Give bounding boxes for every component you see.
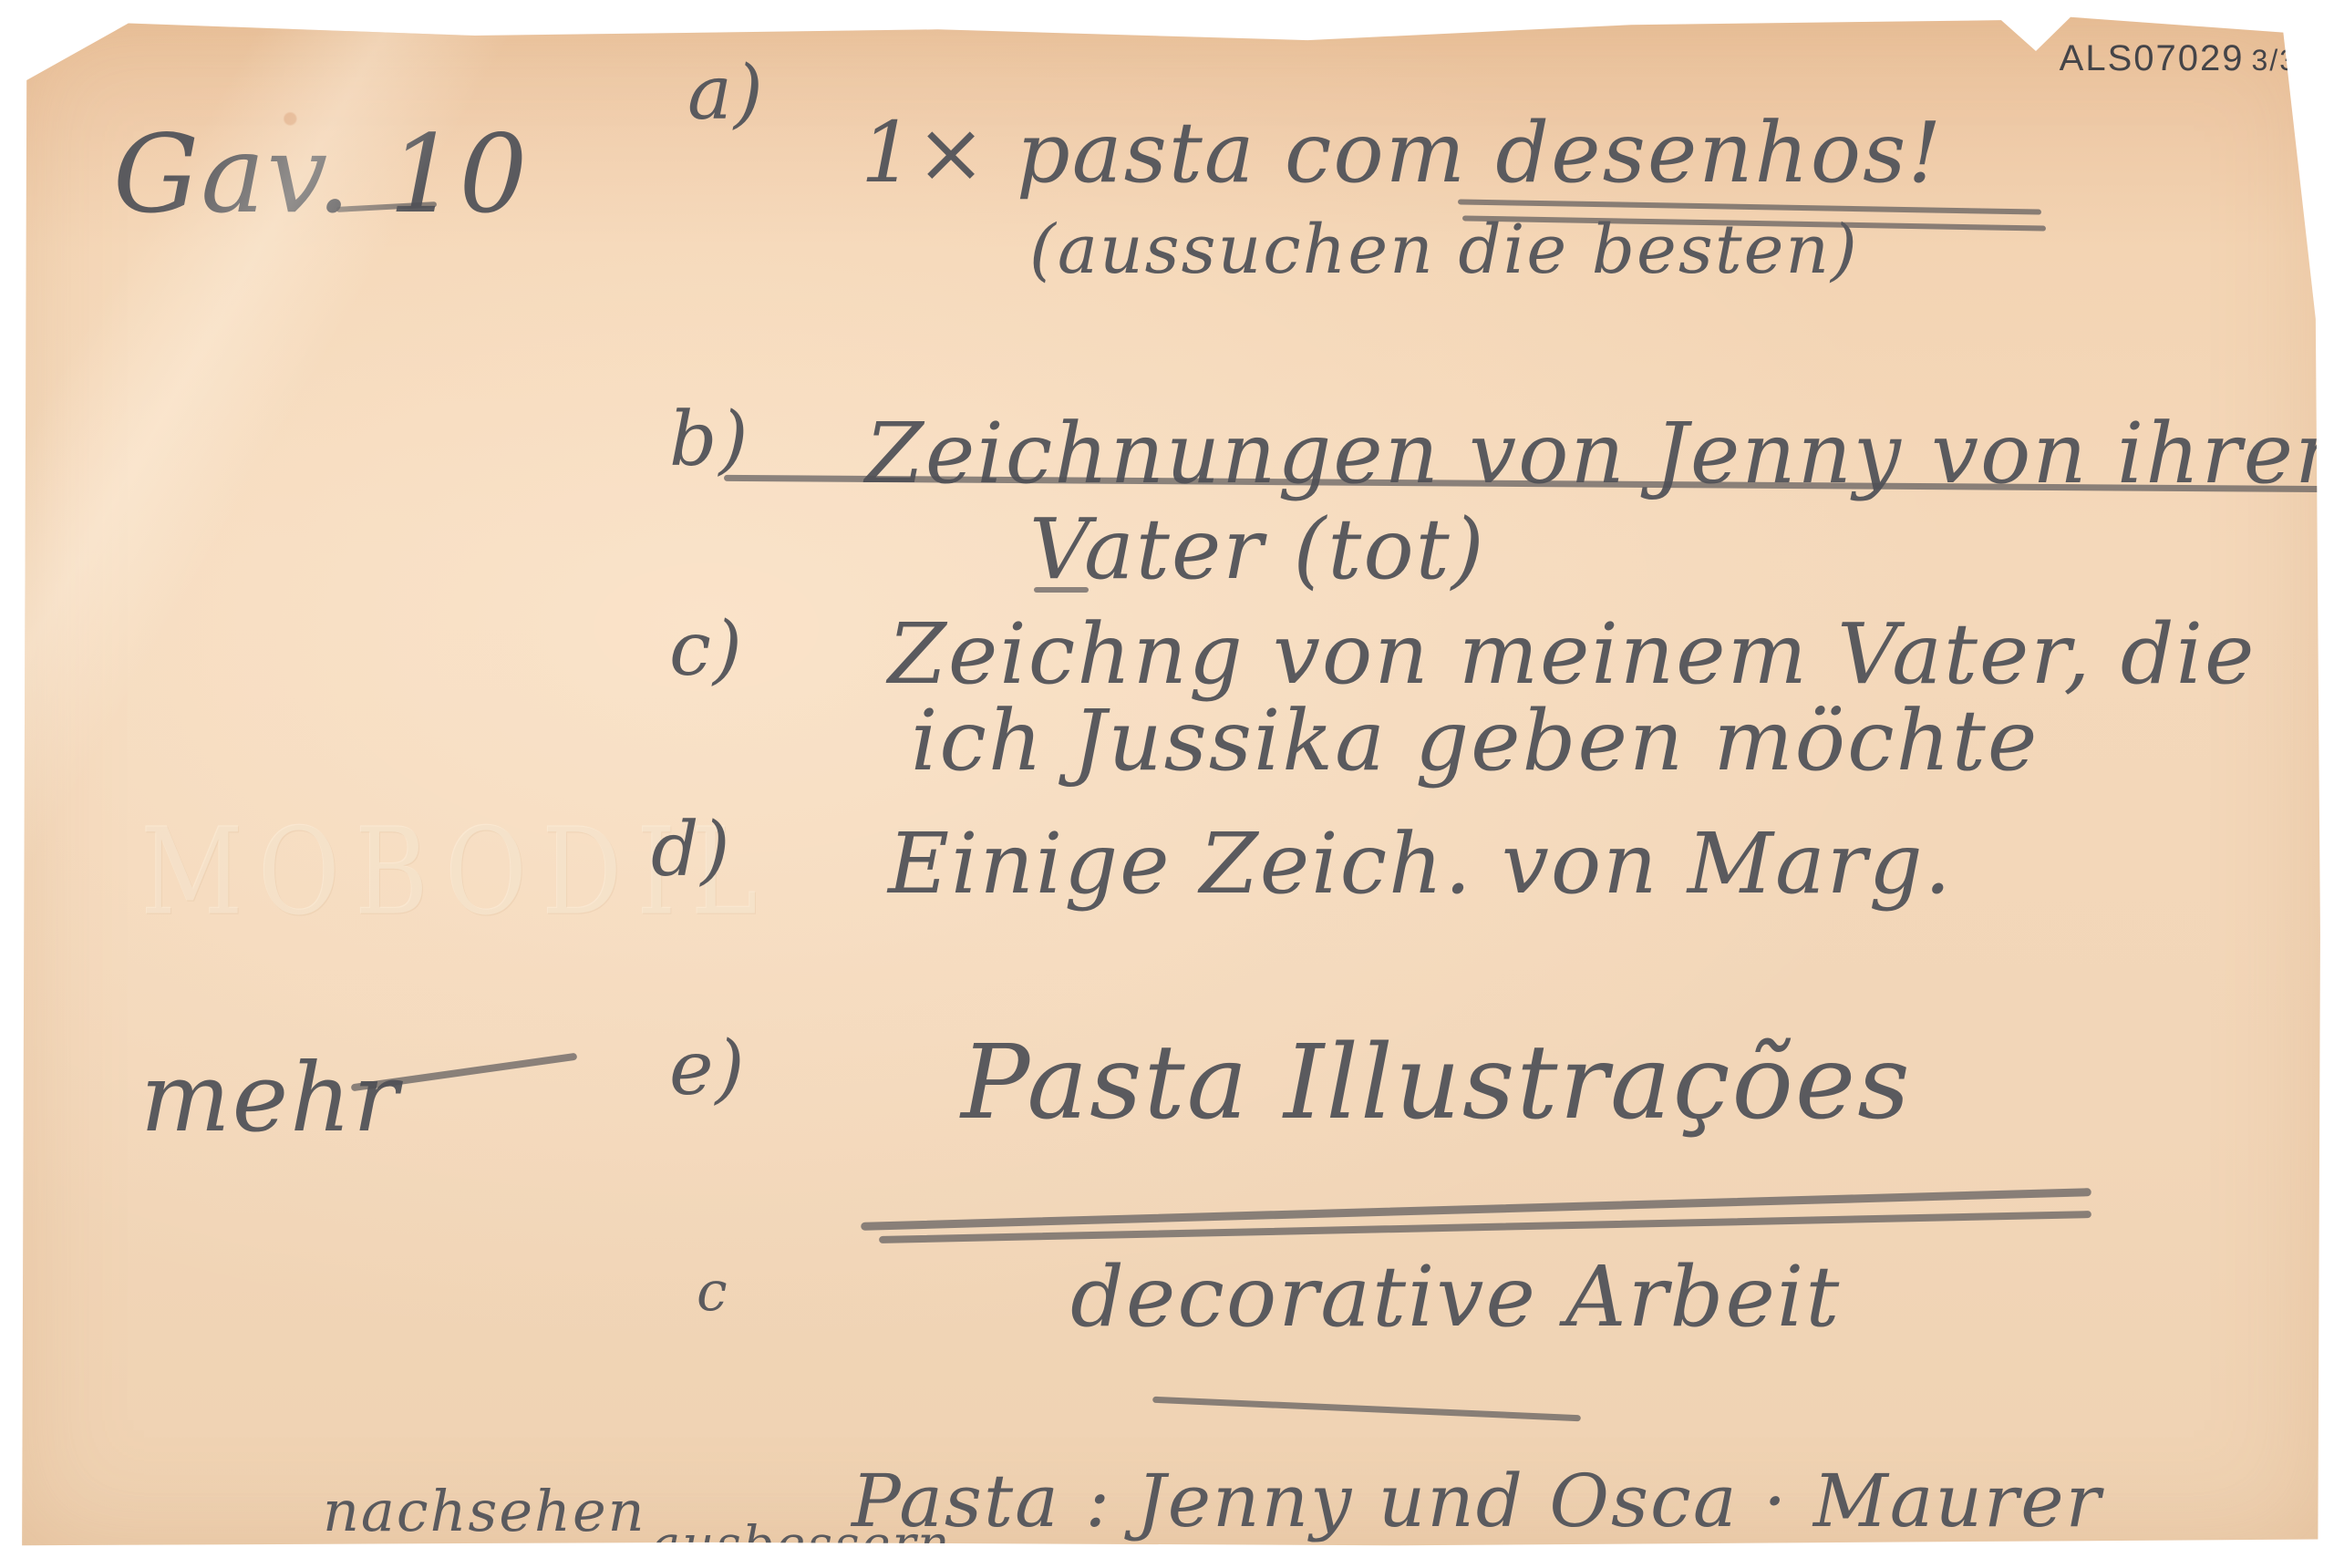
item-d-marker: d) xyxy=(651,813,731,888)
page-fraction: 3/3 xyxy=(2252,44,2298,77)
item-e-text: Pasta Illustrações xyxy=(961,1032,1912,1134)
item-c-marker: c) xyxy=(669,613,744,687)
archive-id: ALS07029 xyxy=(2060,38,2245,78)
footer-left-note: nachsehen xyxy=(323,1483,646,1540)
item-f-underline xyxy=(1152,1397,1581,1421)
item-e-underline-2 xyxy=(879,1211,2091,1243)
item-a-marker: a) xyxy=(687,57,765,131)
footer-main-note: Pasta : Jenny und Osca · Maurer xyxy=(852,1465,2102,1538)
paper-sheet: MOBODIL ALS070293/3 Gav. 10 a) 1× pasta … xyxy=(13,11,2325,1552)
item-f-text: decorative Arbeit xyxy=(1070,1255,1841,1339)
margin-crossed-word: mehr xyxy=(140,1050,400,1145)
item-b-word-underline xyxy=(1034,587,1089,593)
item-c-continuation: ich Jussika geben möchte xyxy=(911,699,2039,783)
item-f-marker: c xyxy=(697,1264,729,1319)
item-e-marker: e) xyxy=(669,1032,747,1107)
item-a-text: 1× pasta com desenhos! xyxy=(861,111,1943,195)
archive-reference: ALS070293/3 xyxy=(2060,38,2298,79)
item-b-marker: b) xyxy=(669,403,749,478)
item-a-note: (aussuchen die besten) xyxy=(1029,216,1859,284)
item-d-text: Einige Zeich. von Marg. xyxy=(888,822,1953,906)
item-b-continuation: Vater (tot) xyxy=(1029,508,1486,592)
item-c-text: Zeichng von meinem Vater, die xyxy=(888,613,2257,696)
drawer-label: Gav. 10 xyxy=(113,120,529,228)
